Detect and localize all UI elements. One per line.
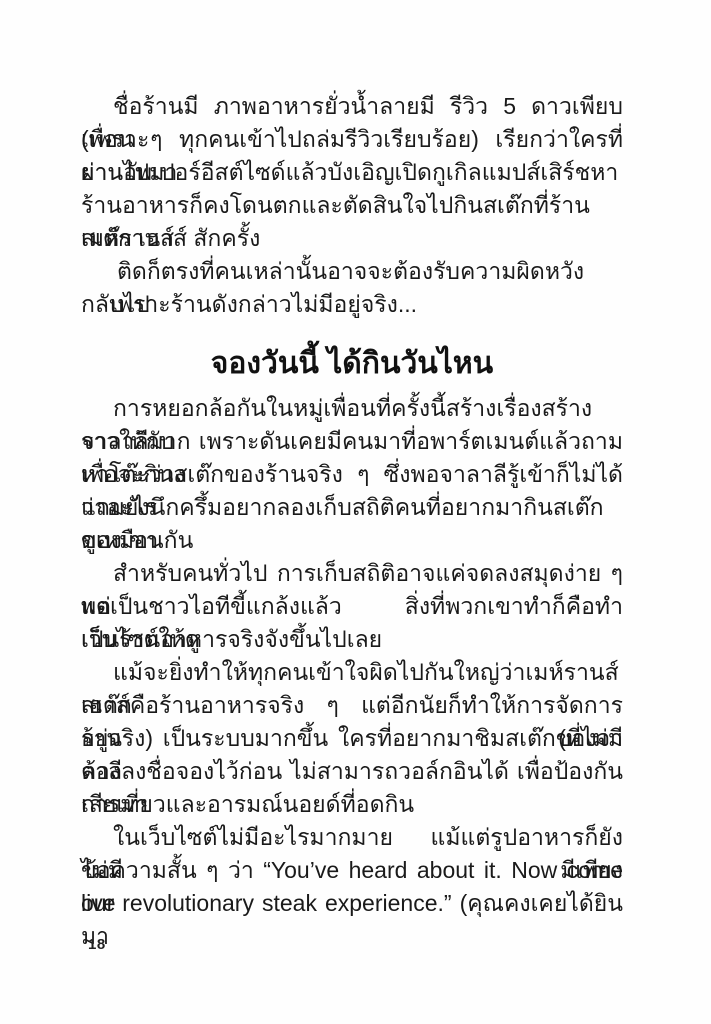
page-body: ชื่อร้านมี ภาพอาหารยั่วน้ำลายมี รีวิว 5 …: [81, 90, 623, 920]
text-line: ย่านอัพเปอร์อีสต์ไซด์แล้วบังเอิญเปิดกูเก…: [81, 156, 623, 189]
text-line: เฮาส์คือร้านอาหารจริง ๆ แต่อีกนัยก็ทำให้…: [81, 689, 623, 722]
section-heading: จองวันนี้ ได้กินวันไหน: [81, 344, 623, 384]
text-line: แถมยังนึกครึ้มอยากลองเก็บสถิติคนที่อยากม…: [81, 491, 623, 524]
text-line: ชื่อร้านมี ภาพอาหารยั่วน้ำลายมี รีวิว 5 …: [81, 90, 623, 123]
text-line: เพราะร้านดังกล่าวไม่มีอยู่จริง...: [81, 288, 623, 321]
text-line: พอเป็นชาวไอทีขี้แกล้งแล้ว สิ่งที่พวกเขาท…: [81, 590, 623, 623]
text-line: ข้อความสั้น ๆ ว่า “You’ve heard about it…: [81, 854, 623, 887]
text-line: การหยอกล้อกันในหมู่เพื่อนที่ครั้งนี้สร้า…: [81, 392, 623, 425]
text-line: สเต๊ก เฮาส์ สักครั้ง: [81, 222, 623, 255]
book-page: ชื่อร้านมี ภาพอาหารยั่วน้ำลายมี รีวิว 5 …: [0, 0, 711, 1024]
page-number: 18: [88, 936, 106, 953]
text-line: ต้องลงชื่อจองไว้ก่อน ไม่สามารถวอล์กอินได…: [81, 755, 623, 788]
text-line: our revolutionary steak experience.” (คุ…: [81, 887, 623, 920]
text-line: จาลาลีมาก เพราะดันเคยมีคนมาที่อพาร์ตเมนต…: [81, 425, 623, 458]
text-line: เพื่อน ๆ ทุกคนเข้าไปถล่มรีวิวเรียบร้อย) …: [81, 123, 623, 156]
text-line: ในเว็บไซต์ไม่มีอะไรมากมาย แม้แต่รูปอาหาร…: [81, 821, 623, 854]
text-line: ร้านอาหารก็คงโดนตกและตัดสินใจไปกินสเต๊กท…: [81, 189, 623, 222]
text-line: เป็นร้านอาหารจริงจังขึ้นไปเลย: [81, 623, 623, 656]
text-line: เสียเที่ยวและอารมณ์นอยด์ที่อดกิน: [81, 788, 623, 821]
text-line: อยู่จริง) เป็นระบบมากขึ้น ใครที่อยากมาชิ…: [81, 722, 623, 755]
text-line: เพื่อจะกินสเต๊กของร้านจริง ๆ ซึ่งพอจาลาล…: [81, 458, 623, 491]
text-line: ติดก็ตรงที่คนเหล่านั้นอาจจะต้องรับความผิ…: [81, 255, 623, 288]
text-line: แม้จะยิ่งทำให้ทุกคนเข้าใจผิดไปกันใหญ่ว่า…: [81, 656, 623, 689]
text-line: ดูเหมือนกัน: [81, 524, 623, 557]
text-line: สำหรับคนทั่วไป การเก็บสถิติอาจแค่จดลงสมุ…: [81, 557, 623, 590]
